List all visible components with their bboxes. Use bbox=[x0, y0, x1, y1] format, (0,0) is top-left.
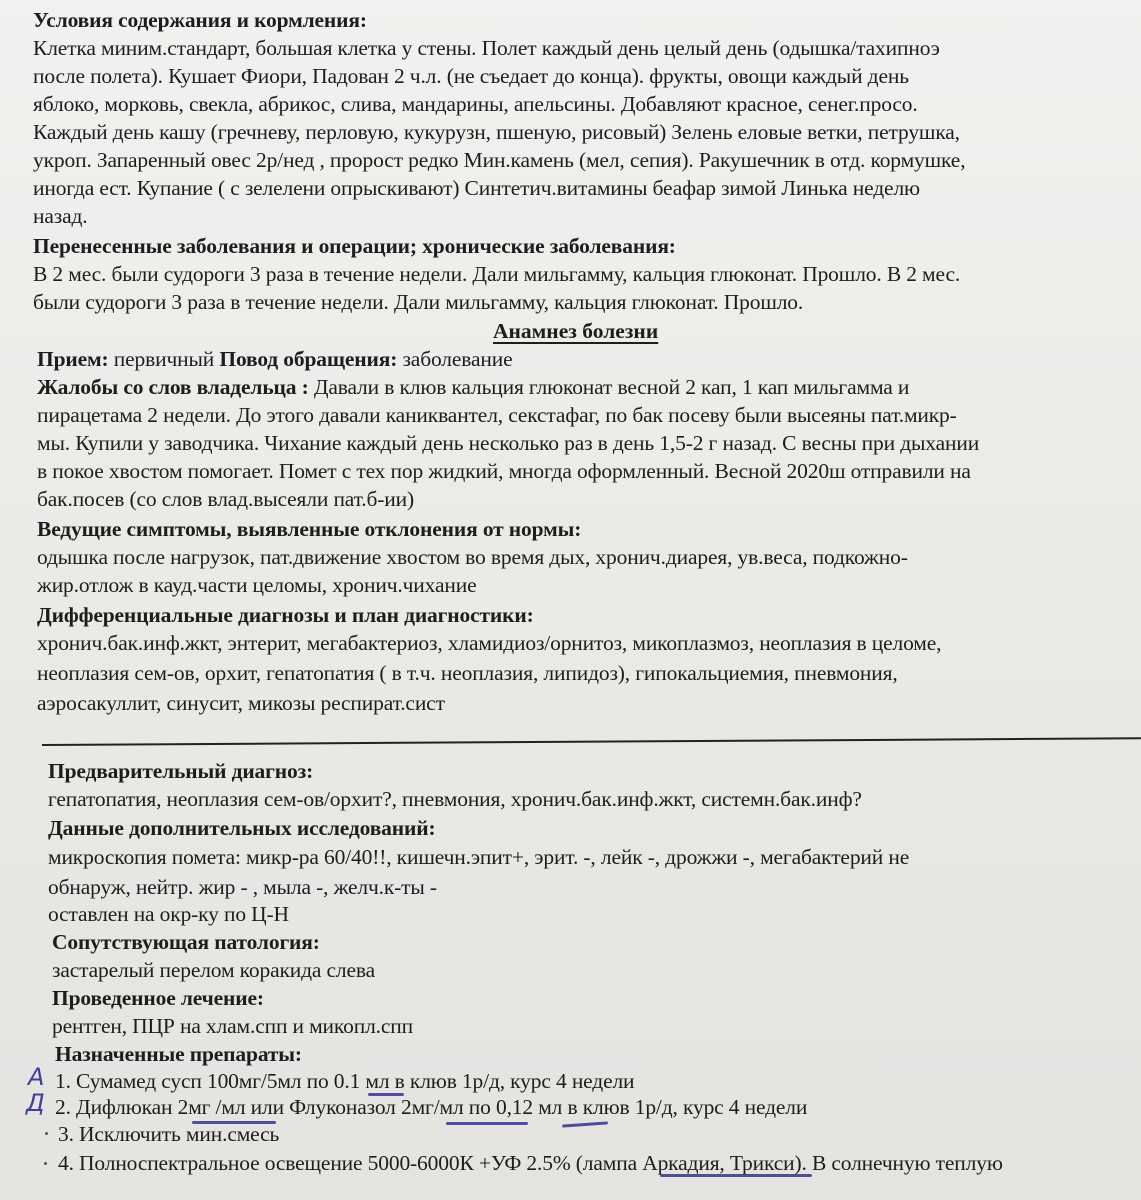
reception-value: первичный bbox=[114, 347, 214, 371]
additional-line: обнаруж, нейтр. жир - , мыла -, желч.к-т… bbox=[48, 874, 437, 900]
differential-line: хронич.бак.инф.жкт, энтерит, мегабактери… bbox=[37, 630, 941, 656]
complaints-line: мы. Купили у заводчика. Чихание каждый д… bbox=[37, 430, 979, 456]
complaints-line: пирацетама 2 недели. До этого давали кан… bbox=[37, 402, 957, 428]
pen-underline bbox=[368, 1093, 404, 1096]
treatment-line: рентген, ПЦР на хлам.спп и микопл.спп bbox=[52, 1013, 413, 1039]
preliminary-line: гепатопатия, неоплазия сем-ов/орхит?, пн… bbox=[48, 786, 862, 812]
handwritten-mark-a: А bbox=[28, 1063, 44, 1091]
margin-dot bbox=[45, 1132, 48, 1135]
complaints-text: Давали в клюв кальция глюконат весной 2 … bbox=[309, 375, 910, 399]
conditions-line: укроп. Запаренный овес 2р/нед , пророст … bbox=[33, 147, 965, 173]
prescription-item: 4. Полноспектральное освещение 5000-6000… bbox=[58, 1150, 1003, 1176]
heading-conditions: Условия содержания и кормления: bbox=[33, 7, 367, 33]
heading-complaints: Жалобы со слов владельца : bbox=[37, 375, 309, 399]
conditions-line: после полета). Кушает Фиори, Падован 2 ч… bbox=[33, 63, 909, 89]
pen-underline bbox=[446, 1122, 528, 1125]
pen-underline bbox=[562, 1121, 608, 1127]
complaints-line: в покое хвостом помогает. Помет с тех по… bbox=[37, 458, 971, 484]
symptoms-line: одышка после нагрузок, пат.движение хвос… bbox=[37, 544, 908, 570]
conditions-line: Клетка миним.стандарт, большая клетка у … bbox=[33, 35, 940, 61]
heading-preliminary: Предварительный диагноз: bbox=[48, 758, 313, 784]
anamnesis-title: Анамнез болезни bbox=[493, 318, 658, 344]
complaints-first-line: Жалобы со слов владельца : Давали в клюв… bbox=[37, 374, 909, 400]
heading-symptoms: Ведущие симптомы, выявленные отклонения … bbox=[37, 516, 581, 542]
pen-underline bbox=[192, 1121, 276, 1124]
symptoms-line: жир.отлож в кауд.части целомы, хронич.чи… bbox=[37, 572, 476, 598]
handwritten-mark-d: Д bbox=[26, 1089, 45, 1117]
conditions-line: назад. bbox=[33, 203, 88, 229]
document-page: Условия содержания и кормления: Клетка м… bbox=[0, 0, 1141, 1200]
prescription-item: 2. Дифлюкан 2мг /мл или Флуконазол 2мг/м… bbox=[55, 1094, 807, 1120]
differential-line: аэросакуллит, синусит, микозы респират.с… bbox=[37, 690, 445, 716]
differential-line: неоплазия сем-ов, орхит, гепатопатия ( в… bbox=[37, 660, 898, 686]
conditions-line: иногда ест. Купание ( с зелелени опрыски… bbox=[33, 175, 920, 201]
heading-prescriptions: Назначенные препараты: bbox=[55, 1041, 302, 1067]
heading-concomitant: Сопутствующая патология: bbox=[52, 929, 320, 955]
pen-underline bbox=[660, 1174, 812, 1177]
prescription-item: 3. Исключить мин.смесь bbox=[58, 1121, 279, 1147]
reason-label: Повод обращения: bbox=[219, 347, 397, 371]
past-diseases-line: были судороги 3 раза в течение недели. Д… bbox=[33, 289, 803, 315]
prescription-item: 1. Сумамед сусп 100мг/5мл по 0.1 мл в кл… bbox=[55, 1068, 634, 1094]
visit-line: Прием: первичный Повод обращения: заболе… bbox=[37, 346, 513, 372]
additional-line: микроскопия помета: микр-ра 60/40!!, киш… bbox=[48, 844, 909, 870]
concomitant-line: застарелый перелом коракида слева bbox=[52, 957, 375, 983]
conditions-line: яблоко, морковь, свекла, абрикос, слива,… bbox=[33, 91, 918, 117]
heading-treatment: Проведенное лечение: bbox=[52, 985, 264, 1011]
heading-past-diseases: Перенесенные заболевания и операции; хро… bbox=[33, 233, 676, 259]
margin-dot bbox=[44, 1162, 47, 1165]
complaints-line: бак.посев (со слов влад.высеяли пат.б-ии… bbox=[37, 486, 414, 512]
section-divider bbox=[42, 737, 1141, 746]
past-diseases-line: В 2 мес. были судороги 3 раза в течение … bbox=[33, 261, 960, 287]
conditions-line: Каждый день кашу (гречневу, перловую, ку… bbox=[33, 119, 960, 145]
heading-differential: Дифференциальные диагнозы и план диагнос… bbox=[37, 602, 534, 628]
reception-label: Прием: bbox=[37, 347, 109, 371]
heading-additional: Данные дополнительных исследований: bbox=[48, 815, 436, 841]
reason-value: заболевание bbox=[402, 347, 512, 371]
additional-line: оставлен на окр-ку по Ц-Н bbox=[48, 901, 289, 927]
